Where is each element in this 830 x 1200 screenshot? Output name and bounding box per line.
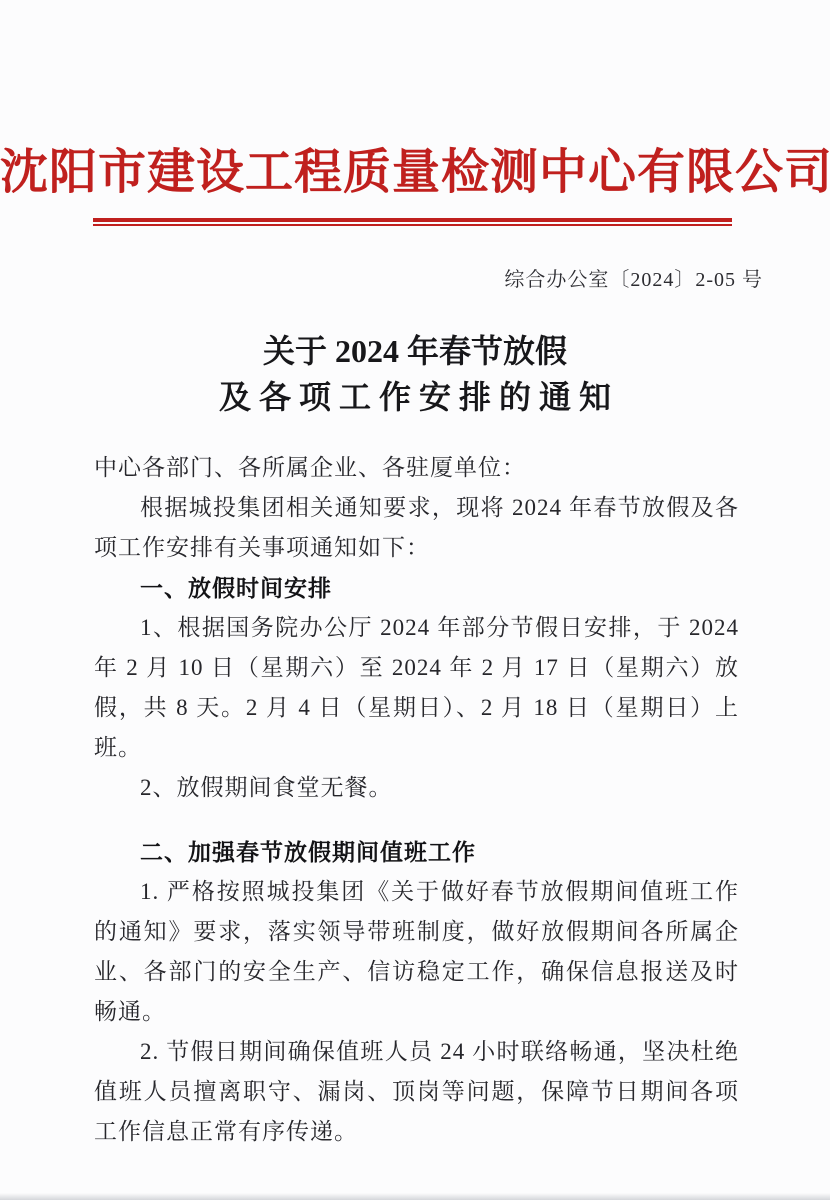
section-2-heading: 二、加强春节放假期间值班工作	[94, 832, 739, 872]
document-body: 中心各部门、各所属企业、各驻厦单位： 根据城投集团相关通知要求，现将 2024 …	[94, 448, 739, 1152]
section-1-item-1: 1、根据国务院办公厅 2024 年部分节假日安排，于 2024 年 2 月 10…	[94, 608, 739, 768]
document-number: 综合办公室〔2024〕2-05 号	[504, 266, 763, 294]
document-title: 关于 2024 年春节放假 及各项工作安排的通知	[0, 328, 830, 420]
intro-paragraph: 根据城投集团相关通知要求，现将 2024 年春节放假及各项工作安排有关事项通知如…	[94, 488, 739, 568]
document-title-line2: 及各项工作安排的通知	[0, 374, 830, 420]
scanned-notice-page: 沈阳市建设工程质量检测中心有限公司 综合办公室〔2024〕2-05 号 关于 2…	[0, 0, 830, 1200]
section-1-heading: 一、放假时间安排	[94, 568, 739, 608]
section-1-item-2: 2、放假期间食堂无餐。	[94, 768, 739, 808]
document-title-line1: 关于 2024 年春节放假	[0, 328, 830, 374]
salutation: 中心各部门、各所属企业、各驻厦单位：	[94, 448, 739, 488]
letterhead-rule-thin	[93, 224, 732, 226]
letterhead-company-name: 沈阳市建设工程质量检测中心有限公司	[0, 140, 830, 206]
scan-edge-shadow	[0, 1193, 830, 1200]
letterhead-double-rule	[93, 218, 732, 226]
section-2-item-1: 1. 严格按照城投集团《关于做好春节放假期间值班工作的通知》要求，落实领导带班制…	[94, 872, 739, 1032]
section-2-item-2: 2. 节假日期间确保值班人员 24 小时联络畅通，坚决杜绝值班人员擅离职守、漏岗…	[94, 1032, 739, 1152]
letterhead-rule-thick	[93, 218, 732, 222]
